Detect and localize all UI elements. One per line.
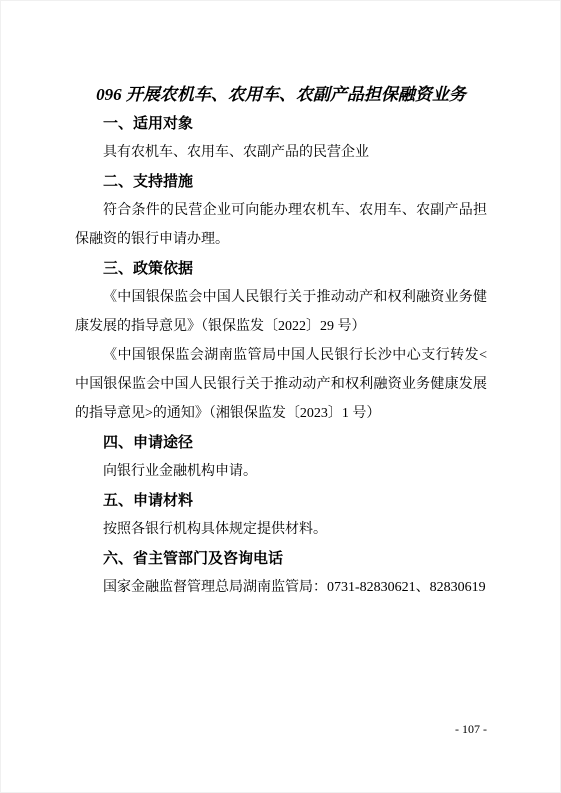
section-heading: 五、申请材料 xyxy=(75,486,487,515)
section-heading: 四、申请途径 xyxy=(75,428,487,457)
document-content: 096 开展农机车、农用车、农副产品担保融资业务 一、适用对象 具有农机车、农用… xyxy=(75,80,487,602)
paragraph: 《中国银保监会中国人民银行关于推动动产和权利融资业务健康发展的指导意见》（银保监… xyxy=(75,283,487,341)
section-heading: 一、适用对象 xyxy=(75,109,487,138)
section-applicable-targets: 一、适用对象 具有农机车、农用车、农副产品的民营企业 xyxy=(75,109,487,167)
document-title: 096 开展农机车、农用车、农副产品担保融资业务 xyxy=(75,80,487,109)
section-application-materials: 五、申请材料 按照各银行机构具体规定提供材料。 xyxy=(75,486,487,544)
paragraph: 具有农机车、农用车、农副产品的民营企业 xyxy=(75,138,487,167)
paragraph: 向银行业金融机构申请。 xyxy=(75,457,487,486)
section-heading: 六、省主管部门及咨询电话 xyxy=(75,544,487,573)
document-page: 096 开展农机车、农用车、农副产品担保融资业务 一、适用对象 具有农机车、农用… xyxy=(0,0,561,793)
section-heading: 二、支持措施 xyxy=(75,167,487,196)
paragraph: 国家金融监督管理总局湖南监管局：0731-82830621、82830619 xyxy=(75,573,487,602)
section-application-channel: 四、申请途径 向银行业金融机构申请。 xyxy=(75,428,487,486)
section-heading: 三、政策依据 xyxy=(75,254,487,283)
section-support-measures: 二、支持措施 符合条件的民营企业可向能办理农机车、农用车、农副产品担保融资的银行… xyxy=(75,167,487,254)
page-number: - 107 - xyxy=(455,721,487,737)
section-department-contact: 六、省主管部门及咨询电话 国家金融监督管理总局湖南监管局：0731-828306… xyxy=(75,544,487,602)
section-policy-basis: 三、政策依据 《中国银保监会中国人民银行关于推动动产和权利融资业务健康发展的指导… xyxy=(75,254,487,428)
paragraph: 符合条件的民营企业可向能办理农机车、农用车、农副产品担保融资的银行申请办理。 xyxy=(75,196,487,254)
paragraph: 《中国银保监会湖南监管局中国人民银行长沙中心支行转发<中国银保监会中国人民银行关… xyxy=(75,341,487,428)
paragraph: 按照各银行机构具体规定提供材料。 xyxy=(75,515,487,544)
